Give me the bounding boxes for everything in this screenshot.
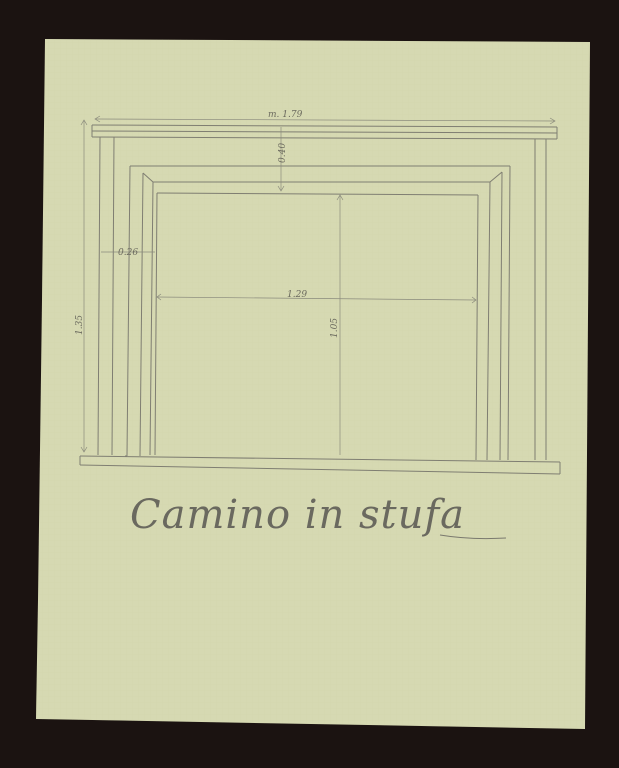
opening-width-label: 1.29 xyxy=(287,290,307,300)
paper xyxy=(36,39,590,729)
scan-stage: m. 1.79 0.40 0.26 1.29 1.05 1.35 Camino … xyxy=(0,0,619,768)
side-jamb-width-label: 0.26 xyxy=(118,248,138,258)
overall-width-label: m. 1.79 xyxy=(268,110,303,120)
top-band-height-label: 0.40 xyxy=(278,143,288,163)
overall-height-label: 1.35 xyxy=(75,315,85,335)
drawing-sheet: m. 1.79 0.40 0.26 1.29 1.05 1.35 Camino … xyxy=(0,0,619,768)
caption-group: Camino in stufa xyxy=(130,492,506,539)
opening-height-label: 1.05 xyxy=(330,318,340,338)
drawing-caption: Camino in stufa xyxy=(130,492,465,538)
